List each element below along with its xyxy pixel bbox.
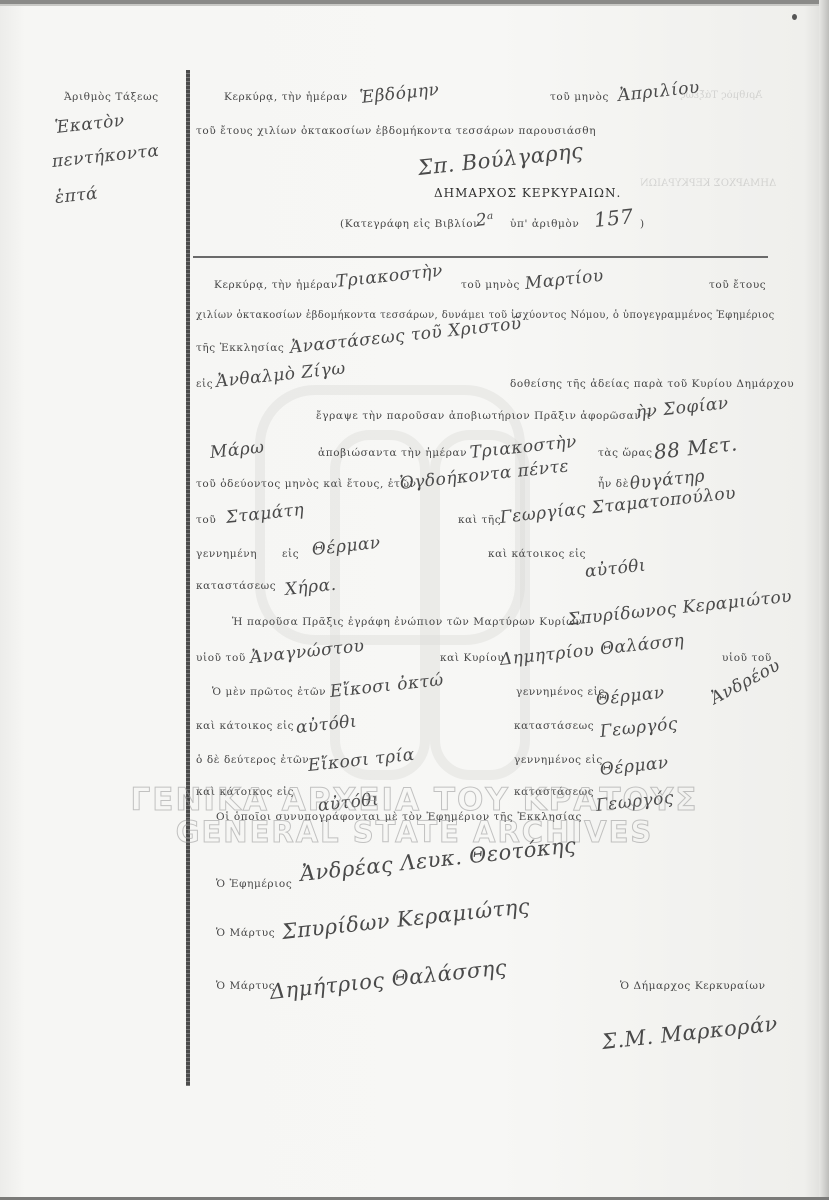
witness1-status-label: καταστάσεως [514,720,594,732]
witness2-label: καὶ Κυρίου [440,652,504,664]
record-date-label: Κερκύρᾳ, τὴν ἡμέραν [214,279,338,291]
record-month-label: τοῦ μηνὸς [461,279,520,291]
witness1-son-label: υἱοῦ τοῦ [196,652,246,664]
record-day: Τριακοστὴν [335,261,444,292]
scan-right-edge [819,0,829,1200]
registration-close: ) [640,218,645,230]
header-date-label: Κερκύρᾳ, τὴν ἡμέραν [224,91,348,103]
header-month-label: τοῦ μηνὸς [550,91,609,103]
priest-label: Ὁ Ἐφημέριος [216,878,292,890]
record-year-label: τοῦ ἔτους [709,279,766,291]
margin-vertical-rule [186,70,190,1086]
born-label-text: γεννημέν [196,548,250,560]
residence: αὐτόθι [584,556,647,582]
mayor-signature: Σ.Μ. Μαρκοράν [601,1012,779,1054]
place-label: εἰς [196,378,213,390]
serial-number-hand-1: Ἑκατὸν [54,111,126,138]
binding-hole-icon [792,14,797,20]
scan-top-edge-shadow [0,4,829,6]
witness2-age-label: ὁ δὲ δεύτερος ἐτῶν [196,754,309,766]
mayor-title: ΔΗΜΑΡΧΟΣ ΚΕΡΚΥΡΑΙΩΝ. [434,186,621,200]
registration-number-label: ὑπ' ἀριθμὸν [510,218,579,230]
mother-label: καὶ τῆς [458,514,501,526]
church-label: τῆς Ἐκκλησίας [196,342,284,354]
witness1-signature-label: Ὁ Μάρτυς [216,927,275,939]
registration-open: (Κατεγράφη εἰς Βιβλίον [340,218,480,230]
record-month: Μαρτίου [524,266,605,294]
permission-text: δοθείσης τῆς ἀδείας παρὰ τοῦ Κυρίου Δημά… [510,378,794,390]
serial-number-hand-2: πεντήκοντα [51,141,160,172]
witness2-born-label: γεννημένος εἰς [514,754,603,766]
died-label: ἀποβιώσαντα τὴν ἡμέραν [318,447,467,459]
hour-label: τὰς ὥρας [598,447,653,459]
serial-number-hand-3: ἑπτά [54,184,99,208]
resident-label: καὶ κάτοικος εἰς [488,548,586,560]
born-suffix: η [250,548,257,560]
witness1-born-label: γεννημένος εἰς [516,686,605,698]
section-divider [193,256,768,258]
header-year-line: τοῦ ἔτους χιλίων ὀκτακοσίων ἑβδομήκοντα … [196,125,596,137]
header-month: Ἀπριλίου [617,77,701,105]
deceased-first-name: ὴν Σοφίαν [635,393,730,423]
document-page: Ἀριθμὸς Τάξεως ΔΗΜΑΡΧΟΣ ΚΕΡΚΥΡΑΙΩΝ Ἀριθμ… [0,0,829,1200]
witness1-occupation: Γεωργός [599,714,679,742]
death-hour: 88 Μετ. [653,431,739,464]
witness1-name: Σπυρίδωνος Κεραμιώτου [567,587,793,630]
witness2-signature-label: Ὁ Μάρτυς [216,980,275,992]
witness1-resident-label: καὶ κάτοικος εἰς [196,720,294,732]
born-in-label: εἰς [282,548,299,560]
witness1-signature: Σπυρίδων Κεραμιώτης [281,894,531,944]
mayor-signature-header: Σπ. Βούλγαρης [417,139,585,180]
age-label: τοῦ ὁδεύοντος μηνὸς καὶ ἔτους, ἐτῶν [196,478,417,490]
witness1-age-label: Ὁ μὲν πρῶτος ἐτῶν [212,686,326,698]
relation-label: ἦν δὲ [598,478,629,490]
mayor-signature-label: Ὁ Δήμαρχος Κερκυραίων [620,980,766,992]
bleed-through-text: ΔΗΜΑΡΧΟΣ ΚΕΡΚΥΡΑΙΩΝ [640,178,776,189]
witness2-signature: Δημήτριος Θαλάσσης [269,955,508,1004]
archive-watermark-english: GENERAL STATE ARCHIVES [0,815,829,849]
marital-status-label: καταστάσεως [196,580,276,592]
witnesses-intro: Ἡ παροῦσα Πρᾶξις ἐγράφη ἐνώπιον τῶν Μαρτ… [232,616,582,628]
witness1-birthplace: Θέρμαν [595,683,666,710]
father-label: τοῦ [196,514,216,526]
act-text: ἔγραψε τὴν παροῦσαν ἀποβιωτήριον Πρᾶξιν … [316,410,652,422]
registration-book: 2ᵃ [475,209,495,231]
witness2-birthplace: Θέρμαν [599,753,670,780]
registration-number: 157 [593,204,635,232]
header-day: Ἑβδόμην [359,80,440,108]
born-label: γεννημένη [196,548,257,560]
serial-number-label: Ἀριθμὸς Τάξεως [64,91,159,103]
archive-watermark-greek: ΓΕΝΙΚΑ ΑΡΧΕΙΑ ΤΟΥ ΚΡΑΤΟΥΣ [0,782,829,818]
